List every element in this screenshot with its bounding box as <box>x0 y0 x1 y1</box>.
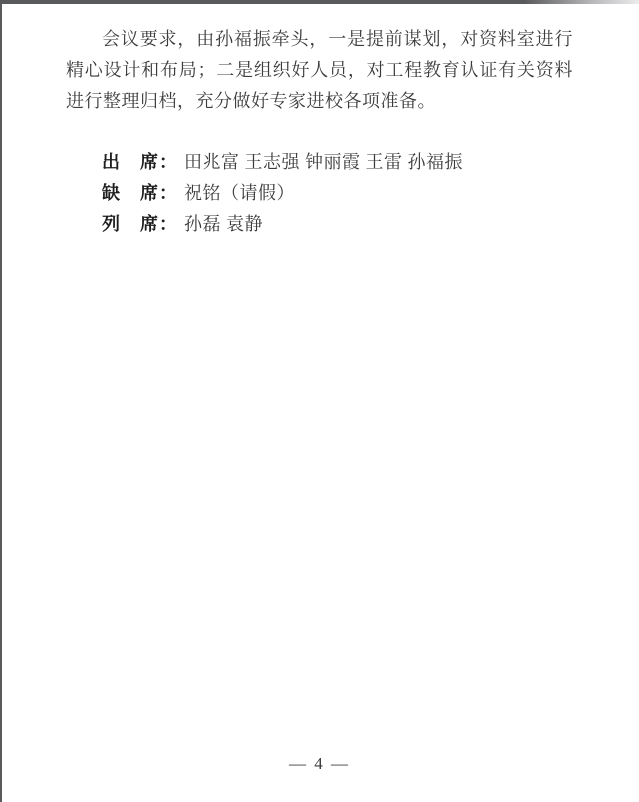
absent-label: 缺 席： <box>102 183 178 203</box>
attendance-row-present: 出 席：田兆富 王志强 钟丽霞 王雷 孙福振 <box>66 147 573 178</box>
absent-names: 祝铭（请假） <box>184 183 295 203</box>
attendance-section: 出 席：田兆富 王志强 钟丽霞 王雷 孙福振 缺 席：祝铭（请假） 列 席：孙磊… <box>66 147 573 240</box>
present-names: 田兆富 王志强 钟丽霞 王雷 孙福振 <box>184 152 463 172</box>
attendance-row-observers: 列 席：孙磊 袁静 <box>66 209 573 240</box>
present-label: 出 席： <box>102 152 178 172</box>
page-number: — 4 — <box>0 754 639 774</box>
attendance-row-absent: 缺 席：祝铭（请假） <box>66 178 573 209</box>
scan-left-edge-line <box>0 4 2 802</box>
meeting-requirements-paragraph: 会议要求，由孙福振牵头，一是提前谋划，对资料室进行精心设计和布局；二是组织好人员… <box>66 24 573 117</box>
scan-top-edge-bar <box>0 0 639 4</box>
document-body: 会议要求，由孙福振牵头，一是提前谋划，对资料室进行精心设计和布局；二是组织好人员… <box>66 24 573 240</box>
document-page: 会议要求，由孙福振牵头，一是提前谋划，对资料室进行精心设计和布局；二是组织好人员… <box>0 0 639 802</box>
observers-names: 孙磊 袁静 <box>184 214 263 234</box>
observers-label: 列 席： <box>102 214 178 234</box>
